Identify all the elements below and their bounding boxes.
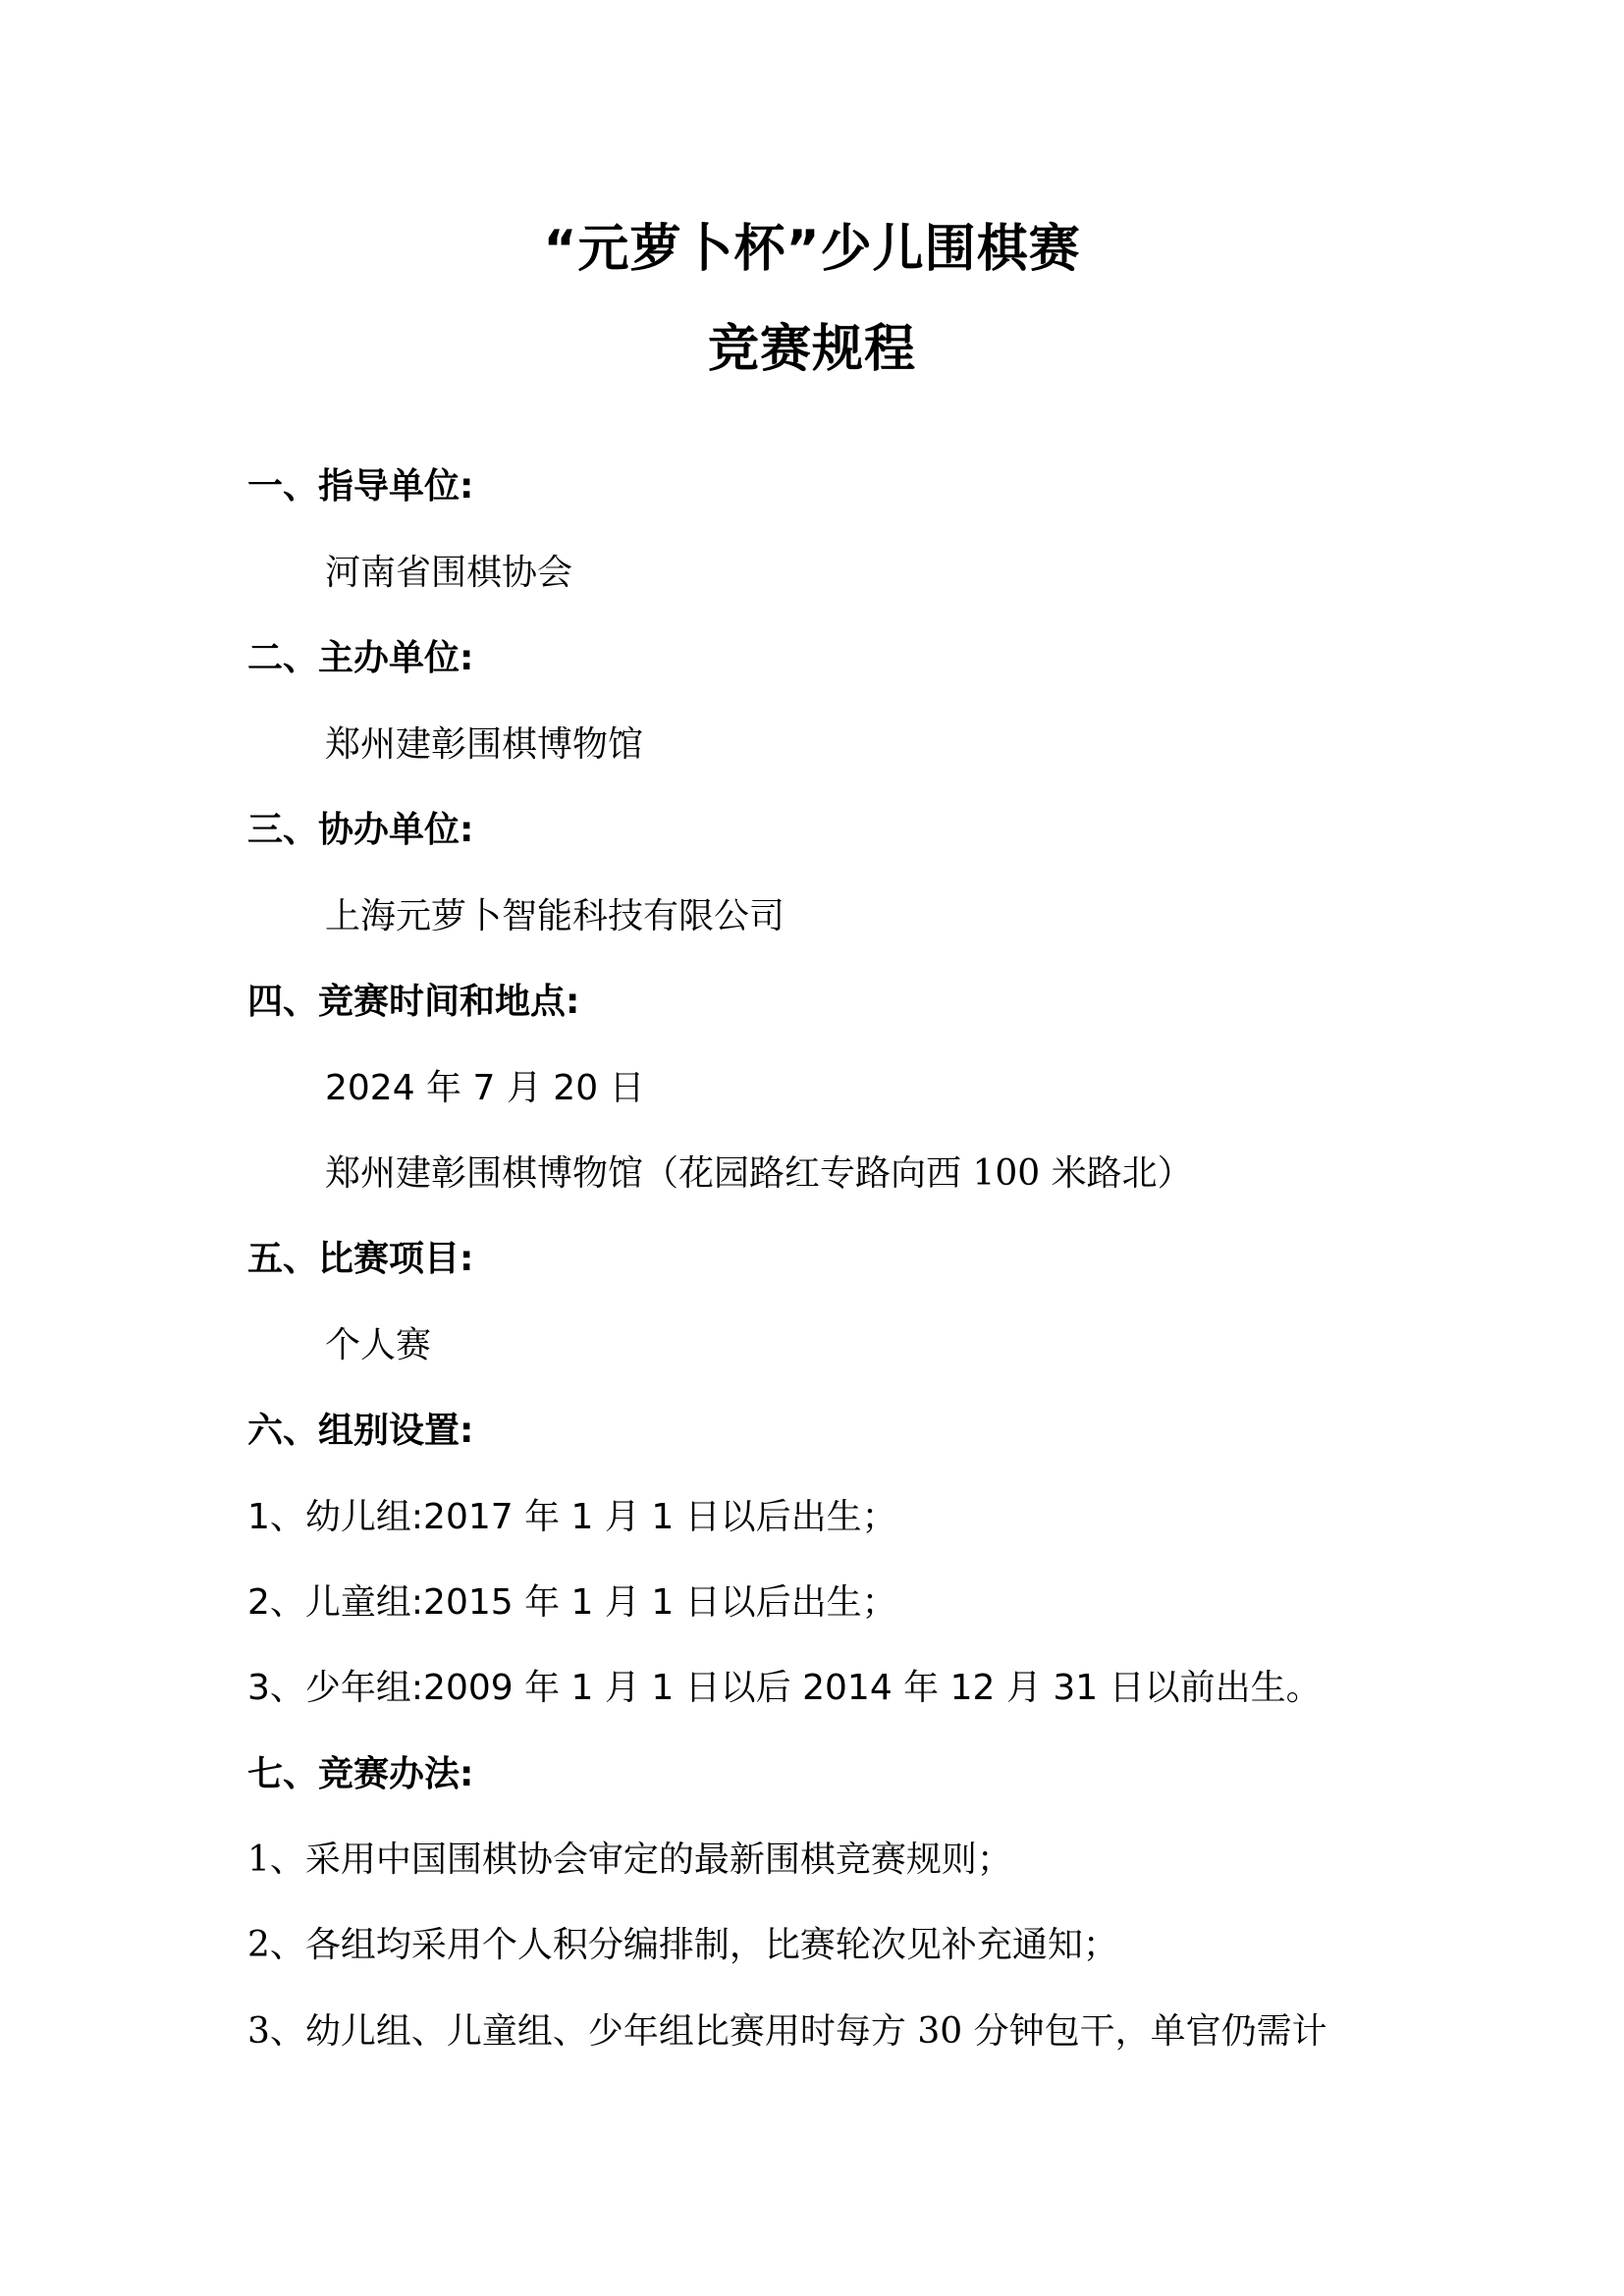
section-heading-guiding-unit: 一、指导单位: [247,463,473,510]
event-location: 郑州建彰围棋博物馆（花园路红专路向西 100 米路北） [325,1150,1193,1198]
guiding-unit-value: 河南省围棋协会 [325,550,572,597]
document-title: “元萝卜杯”少儿围棋赛 [0,218,1624,281]
event-type-value: 个人赛 [325,1322,431,1369]
section-heading-competition-method: 七、竞赛办法: [247,1751,473,1798]
section-heading-event-type: 五、比赛项目: [247,1236,473,1283]
section-heading-groups: 六、组别设置: [247,1408,473,1455]
method-item-format: 2、各组均采用个人积分编排制，比赛轮次见补充通知； [247,1922,1118,1969]
section-heading-co-organizer: 三、协办单位: [247,807,473,854]
group-item-toddler: 1、幼儿组:2017 年 1 月 1 日以后出生； [247,1494,897,1541]
group-item-junior: 3、少年组:2009 年 1 月 1 日以后 2014 年 12 月 31 日以… [247,1665,1322,1712]
host-unit-value: 郑州建彰围棋博物馆 [325,721,643,769]
method-item-time-control: 3、幼儿组、儿童组、少年组比赛用时每方 30 分钟包干，单官仍需计 [247,2008,1327,2056]
section-heading-time-location: 四、竞赛时间和地点: [247,979,579,1026]
event-date: 2024 年 7 月 20 日 [325,1065,645,1112]
document-page: “元萝卜杯”少儿围棋赛 竞赛规程 一、指导单位: 河南省围棋协会 二、主办单位:… [0,0,1624,2296]
section-heading-host-unit: 二、主办单位: [247,635,473,682]
co-organizer-value: 上海元萝卜智能科技有限公司 [325,893,785,940]
group-item-child: 2、儿童组:2015 年 1 月 1 日以后出生； [247,1579,897,1627]
method-item-rules: 1、采用中国围棋协会审定的最新围棋竞赛规则； [247,1837,1012,1884]
document-subtitle: 竞赛规程 [0,318,1624,381]
